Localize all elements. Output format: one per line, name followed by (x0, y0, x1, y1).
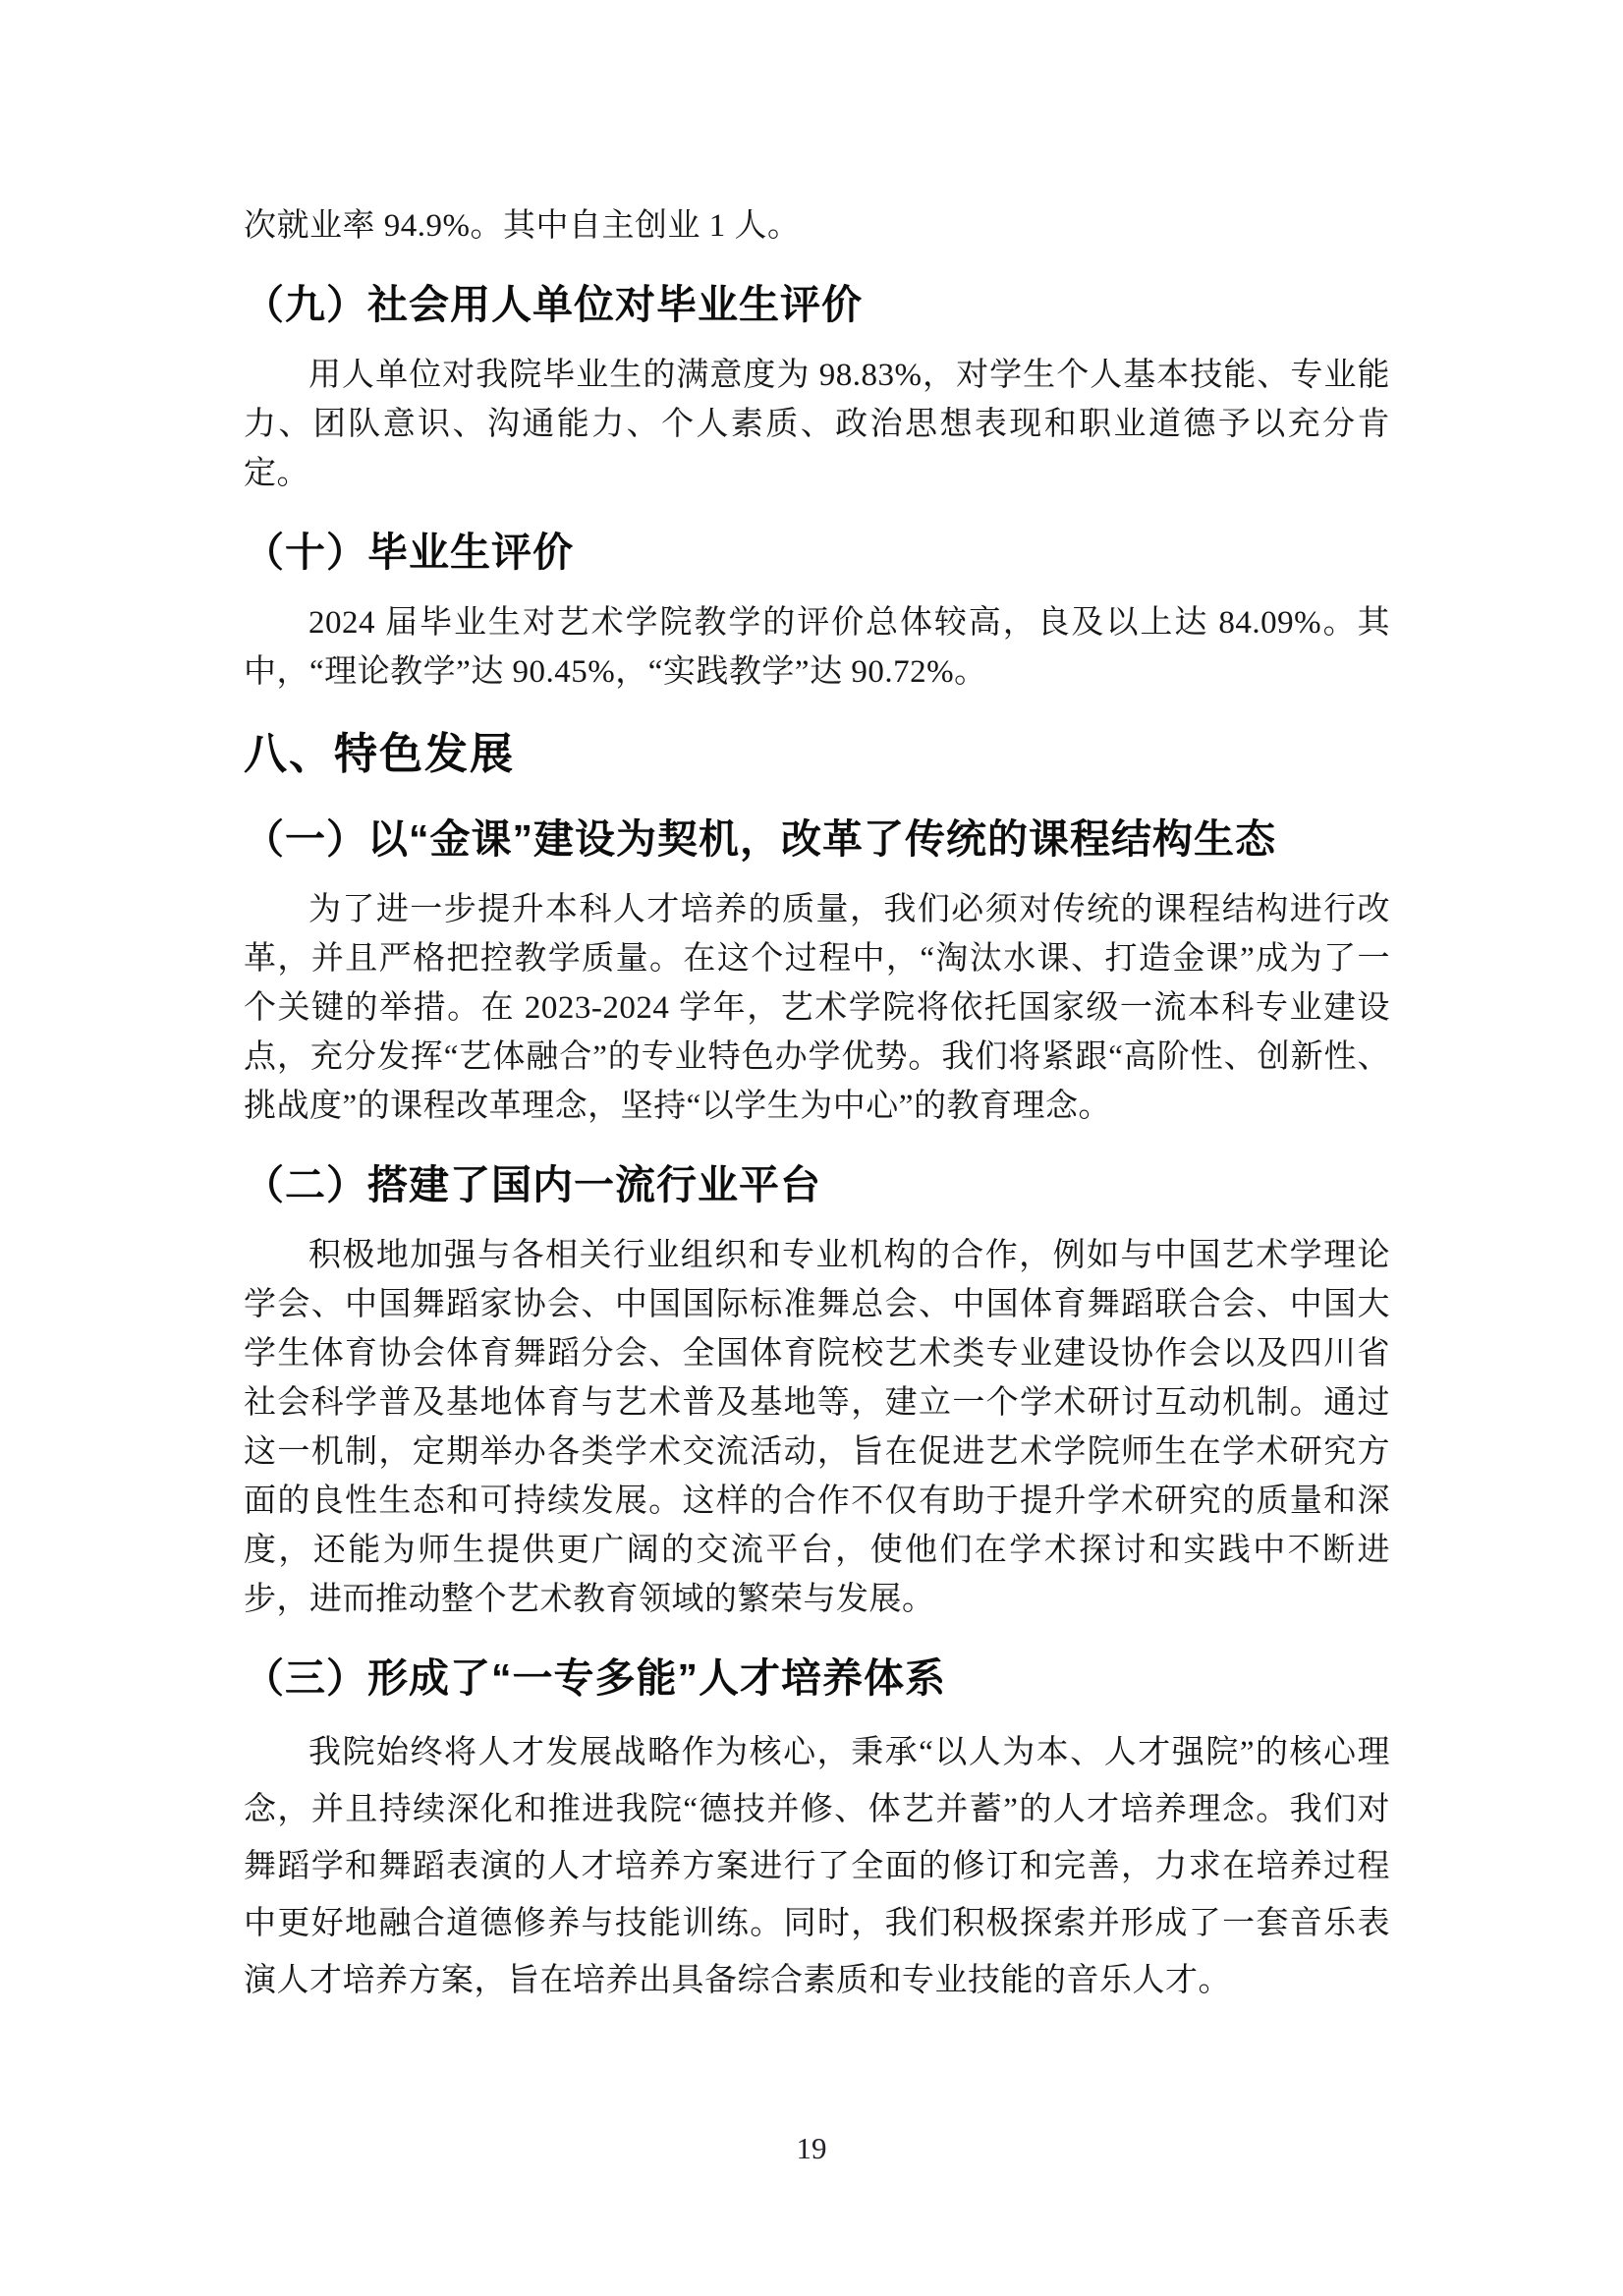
document-content: 次就业率 94.9%。其中自主创业 1 人。 （九）社会用人单位对毕业生评价 用… (0, 0, 1623, 2009)
body-paragraph-industry-platform: 积极地加强与各相关行业组织和专业机构的合作，例如与中国艺术学理论学会、中国舞蹈家… (244, 1231, 1390, 1624)
section-heading-9-employer-evaluation: （九）社会用人单位对毕业生评价 (244, 276, 1390, 333)
subsection-heading-3-talent-system: （三）形成了“一专多能”人才培养体系 (244, 1650, 1390, 1707)
body-paragraph-golden-course: 为了进一步提升本科人才培养的质量，我们必须对传统的课程结构进行改革，并且严格把控… (244, 885, 1390, 1131)
subsection-heading-1-golden-course: （一）以“金课”建设为契机，改革了传统的课程结构生态 (244, 811, 1390, 868)
subsection-heading-2-industry-platform: （二）搭建了国内一流行业平台 (244, 1156, 1390, 1213)
document-page: 次就业率 94.9%。其中自主创业 1 人。 （九）社会用人单位对毕业生评价 用… (0, 0, 1623, 2296)
body-paragraph-employer-satisfaction: 用人单位对我院毕业生的满意度为 98.83%，对学生个人基本技能、专业能力、团队… (244, 351, 1390, 498)
chapter-heading-8-featured-development: 八、特色发展 (244, 724, 1390, 785)
body-paragraph-graduate-evaluation: 2024 届毕业生对艺术学院教学的评价总体较高，良及以上达 84.09%。其中，… (244, 598, 1390, 697)
section-heading-10-graduate-evaluation: （十）毕业生评价 (244, 524, 1390, 581)
page-number: 19 (0, 2131, 1623, 2166)
body-paragraph-talent-system: 我院始终将人才发展战略作为核心，秉承“以人为本、人才强院”的核心理念，并且持续深… (244, 1724, 1390, 2009)
continuation-paragraph: 次就业率 94.9%。其中自主创业 1 人。 (244, 201, 1390, 251)
